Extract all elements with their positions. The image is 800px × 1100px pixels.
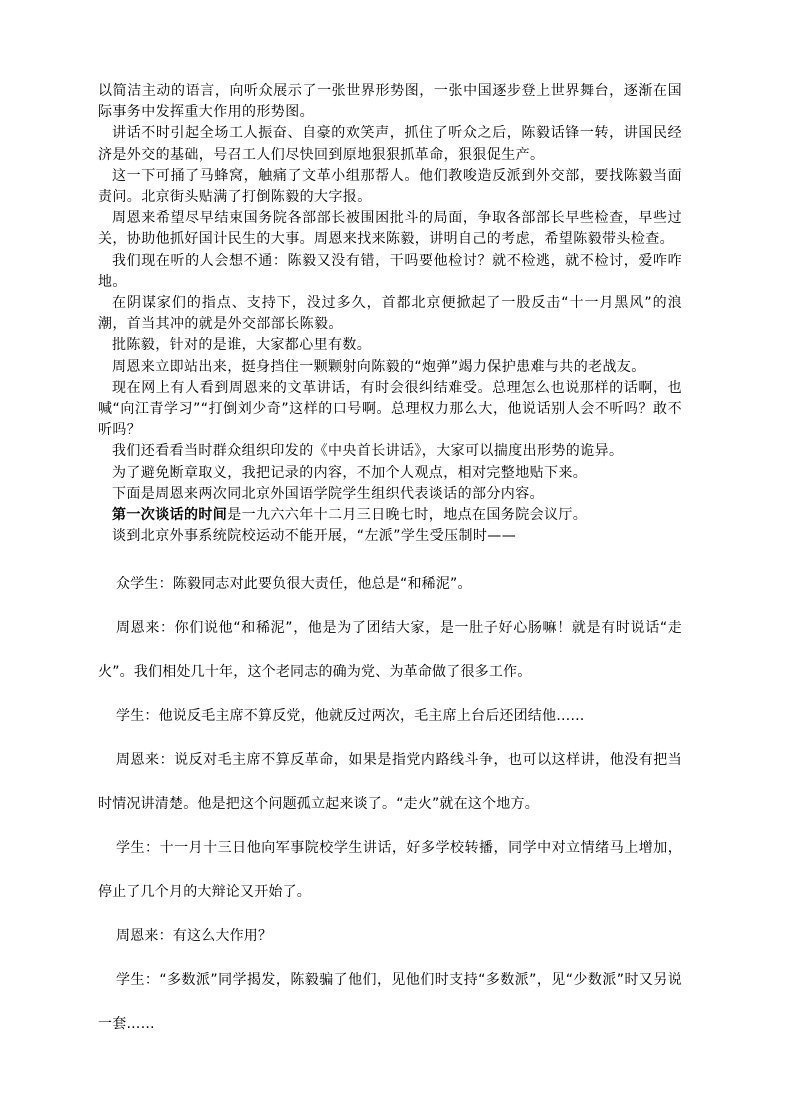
speaker: 周恩来 (116, 928, 159, 944)
speaker: 学生 (116, 708, 144, 724)
speaker: 学生 (116, 972, 145, 988)
dialogue-entry: 周恩来：说反对毛主席不算反革命，如果是指党内路线斗争，也可以这样讲，他没有把当时… (98, 738, 682, 826)
speaker: 众学生 (116, 576, 159, 592)
speaker: 学生 (116, 840, 145, 856)
paragraph: 下面是周恩来两次同北京外国语学院学生组织代表谈话的部分内容。 (98, 484, 682, 505)
dialogue-entry: 周恩来：你们说他“和稀泥”，他是为了团结大家，是一肚子好心肠嘛！就是有时说话“走… (98, 606, 682, 694)
paragraph: 这一下可捅了马蜂窝，触痛了文革小组那帮人。他们教唆造反派到外交部，要找陈毅当面责… (98, 166, 682, 208)
utterance: ：十一月十三日他向军事院校学生讲话，好多学校转播，同学中对立情绪马上增加，停止了… (98, 840, 682, 900)
paragraph: 为了避免断章取义，我把记录的内容，不加个人观点，相对完整地贴下来。 (98, 463, 682, 484)
paragraph: 在阴谋家们的指点、支持下，没过多久，首都北京便掀起了一股反击“十一月黑风”的浪潮… (98, 293, 682, 335)
paragraph: 周恩来希望尽早结束国务院各部部长被围困批斗的局面，争取各部部长早些检查，早些过关… (98, 208, 682, 250)
utterance: ：说反对毛主席不算反革命，如果是指党内路线斗争，也可以这样讲，他没有把当时情况讲… (98, 752, 682, 812)
dialogue-entry: 学生：十一月十三日他向军事院校学生讲话，好多学校转播，同学中对立情绪马上增加，停… (98, 826, 682, 914)
first-talk-label: 第一次谈话的时间 (112, 507, 227, 523)
paragraph: 现在网上有人看到周恩来的文革讲话，有时会很纠结难受。总理怎么也说那样的话啊，也喊… (98, 378, 682, 442)
paragraph: 周恩来立即站出来，挺身挡住一颗颗射向陈毅的“炮弹”竭力保护患难与共的老战友。 (98, 357, 682, 378)
speaker: 周恩来 (116, 752, 160, 768)
first-talk-details: 是一九六六年十二月三日晚七时，地点在国务院会议厅。 (227, 507, 587, 523)
dialogue-entry: 学生：“多数派”同学揭发，陈毅骗了他们，见他们时支持“多数派”，见“少数派”时又… (98, 958, 682, 1046)
speaker: 周恩来 (116, 620, 160, 636)
dialogue-entry: 周恩来：有这么大作用？ (98, 914, 682, 958)
utterance: ：有这么大作用？ (159, 928, 273, 944)
utterance: ：陈毅同志对此要负很大责任，他总是“和稀泥”。 (159, 576, 472, 592)
dialogue-entry: 学生：他说反毛主席不算反党，他就反过两次，毛主席上台后还团结他…… (98, 694, 682, 738)
context-line: 谈到北京外事系统院校运动不能开展，“左派”学生受压制时—— (98, 526, 682, 547)
dialogue-section: 众学生：陈毅同志对此要负很大责任，他总是“和稀泥”。 周恩来：你们说他“和稀泥”… (98, 562, 682, 1046)
paragraph: 我们还看看当时群众组织印发的《中央首长讲话》，大家可以揣度出形势的诡异。 (98, 441, 682, 462)
utterance: ：“多数派”同学揭发，陈毅骗了他们，见他们时支持“多数派”，见“少数派”时又另说… (98, 972, 682, 1032)
utterance: ：你们说他“和稀泥”，他是为了团结大家，是一肚子好心肠嘛！就是有时说话“走火”。… (98, 620, 682, 680)
dialogue-entry: 众学生：陈毅同志对此要负很大责任，他总是“和稀泥”。 (98, 562, 682, 606)
paragraph: 讲话不时引起全场工人振奋、自豪的欢笑声，抓住了听众之后，陈毅话锋一转，讲国民经济… (98, 123, 682, 165)
utterance: ：他说反毛主席不算反党，他就反过两次，毛主席上台后还团结他…… (144, 708, 584, 724)
spacer (98, 547, 682, 559)
narrative-section: 以简洁主动的语言，向听众展示了一张世界形势图，一张中国逐步登上世界舞台，逐渐在国… (98, 81, 682, 547)
first-talk-paragraph: 第一次谈话的时间是一九六六年十二月三日晚七时，地点在国务院会议厅。 (98, 505, 682, 526)
paragraph: 我们现在听的人会想不通：陈毅又没有错，干吗要他检讨？就不检逃，就不检讨，爱咋咋地… (98, 251, 682, 293)
document-page: 以简洁主动的语言，向听众展示了一张世界形势图，一张中国逐步登上世界舞台，逐渐在国… (98, 81, 682, 1046)
paragraph: 批陈毅，针对的是谁，大家都心里有数。 (98, 335, 682, 356)
paragraph: 以简洁主动的语言，向听众展示了一张世界形势图，一张中国逐步登上世界舞台，逐渐在国… (98, 81, 682, 123)
